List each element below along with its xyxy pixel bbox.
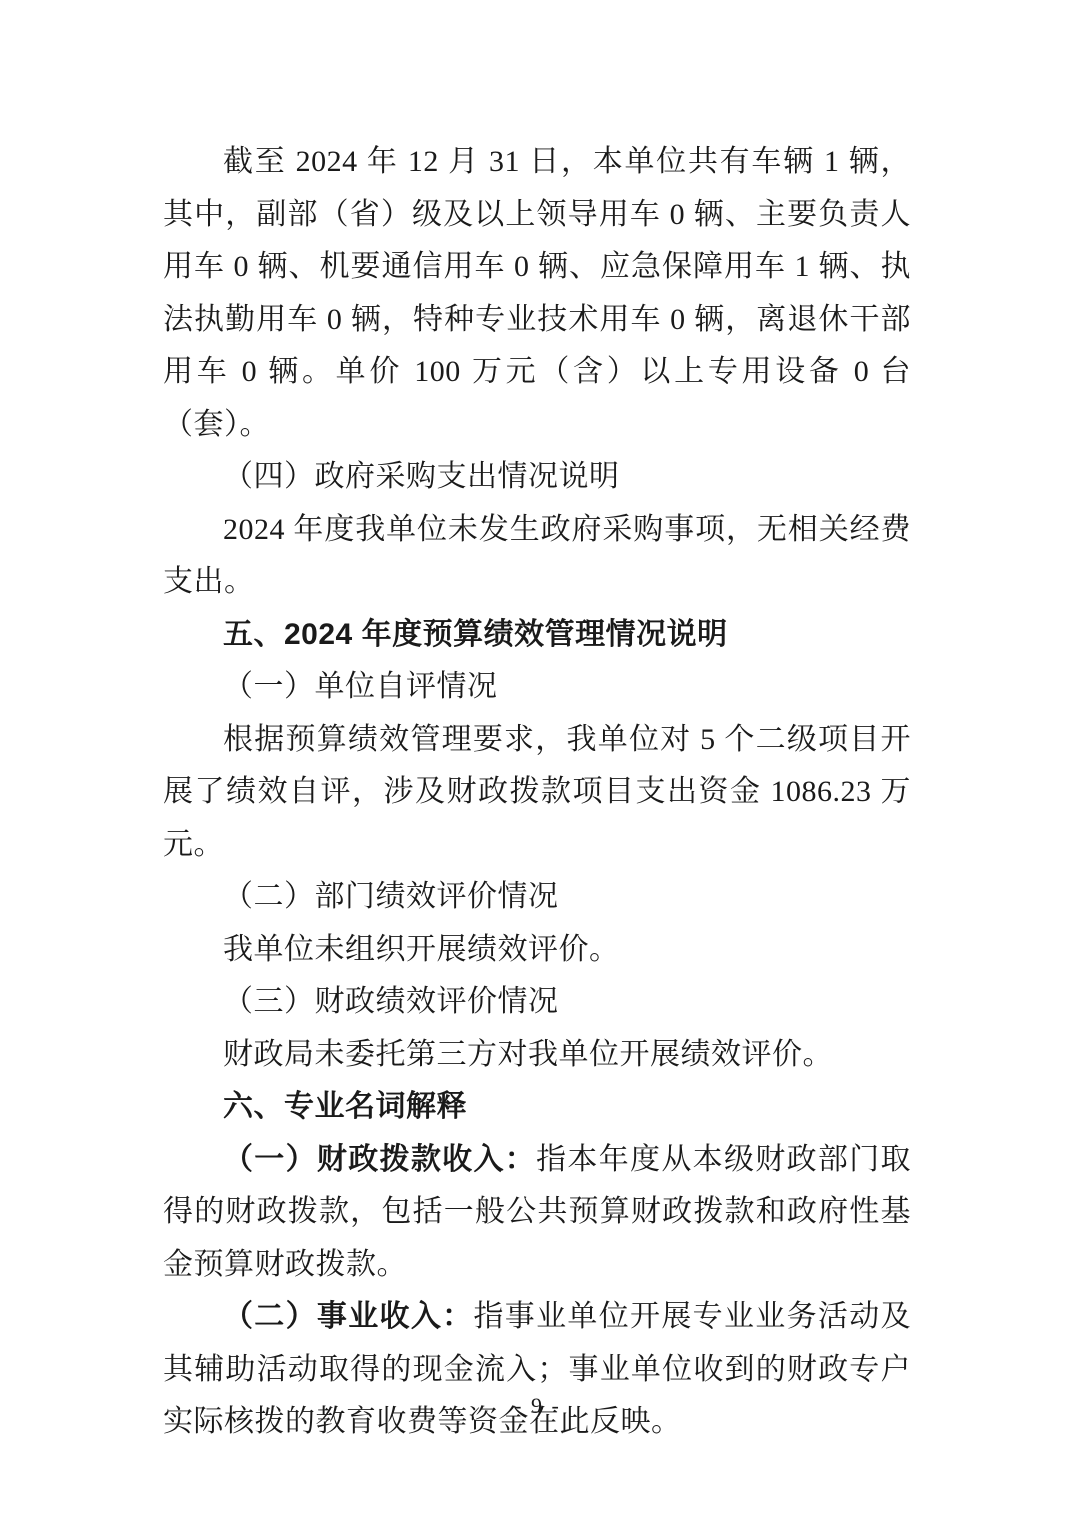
term-label-fiscal-appropriation-income: （一）财政拨款收入：	[223, 1143, 536, 1176]
page-number: - 9 -	[0, 1393, 1075, 1419]
paragraph-gov-procurement: 2024 年度我单位未发生政府采购事项，无相关经费支出。	[163, 504, 911, 609]
paragraph-department-evaluation: 我单位未组织开展绩效评价。	[163, 924, 911, 977]
paragraph-term-fiscal-appropriation-income: （一）财政拨款收入：指本年度从本级财政部门取得的财政拨款，包括一般公共预算财政拨…	[163, 1134, 911, 1292]
subheading-department-evaluation: （二）部门绩效评价情况	[163, 871, 911, 924]
paragraph-fiscal-evaluation: 财政局未委托第三方对我单位开展绩效评价。	[163, 1029, 911, 1082]
term-label-institutional-income: （二）事业收入：	[223, 1300, 473, 1333]
heading-section-6-terminology: 六、专业名词解释	[163, 1081, 911, 1134]
subheading-fiscal-evaluation: （三）财政绩效评价情况	[163, 976, 911, 1029]
subheading-unit-self-evaluation: （一）单位自评情况	[163, 661, 911, 714]
subheading-gov-procurement: （四）政府采购支出情况说明	[163, 451, 911, 504]
paragraph-vehicle-summary: 截至 2024 年 12 月 31 日，本单位共有车辆 1 辆，其中，副部（省）…	[163, 136, 911, 451]
paragraph-unit-self-evaluation: 根据预算绩效管理要求，我单位对 5 个二级项目开展了绩效自评，涉及财政拨款项目支…	[163, 714, 911, 872]
paragraph-term-institutional-income: （二）事业收入：指事业单位开展专业业务活动及其辅助活动取得的现金流入；事业单位收…	[163, 1291, 911, 1449]
heading-section-5-budget-performance: 五、2024 年度预算绩效管理情况说明	[163, 609, 911, 662]
document-body: 截至 2024 年 12 月 31 日，本单位共有车辆 1 辆，其中，副部（省）…	[163, 136, 911, 1449]
